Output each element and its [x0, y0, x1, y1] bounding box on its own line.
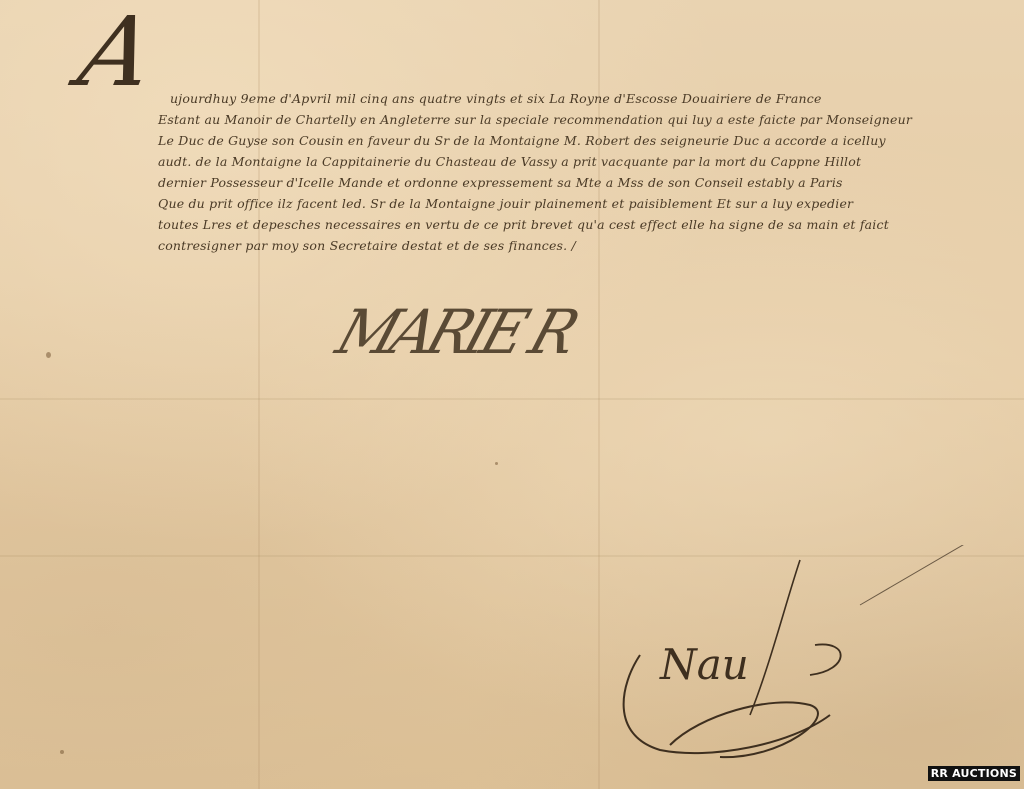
manuscript-line: toutes Lres et depesches necessaires en …: [158, 214, 1024, 235]
manuscript-line: Le Duc de Guyse son Cousin en faveur du …: [158, 130, 1024, 151]
manuscript-line: Estant au Manoir de Chartelly en Anglete…: [158, 109, 1024, 130]
manuscript-line: dernier Possesseur d'Icelle Mande et ord…: [158, 172, 1024, 193]
manuscript-line: Que du prit office ilz facent led. Sr de…: [158, 193, 1024, 214]
manuscript-line: audt. de la Montaigne la Cappitainerie d…: [158, 151, 1024, 172]
manuscript-body: ujourdhuy 9eme d'Apvril mil cinq ans qua…: [158, 88, 1024, 256]
fold-line: [0, 398, 1024, 400]
ink-spot: [60, 750, 64, 754]
manuscript-line: contresigner par moy son Secretaire dest…: [158, 235, 1024, 256]
ink-spot: [495, 462, 498, 465]
secretary-signature: Nau: [660, 640, 749, 689]
ink-spot: [46, 352, 51, 358]
manuscript-line: ujourdhuy 9eme d'Apvril mil cinq ans qua…: [170, 88, 1024, 109]
watermark-label: RR AUCTIONS: [928, 766, 1020, 781]
royal-signature: MARIE R: [328, 296, 582, 367]
